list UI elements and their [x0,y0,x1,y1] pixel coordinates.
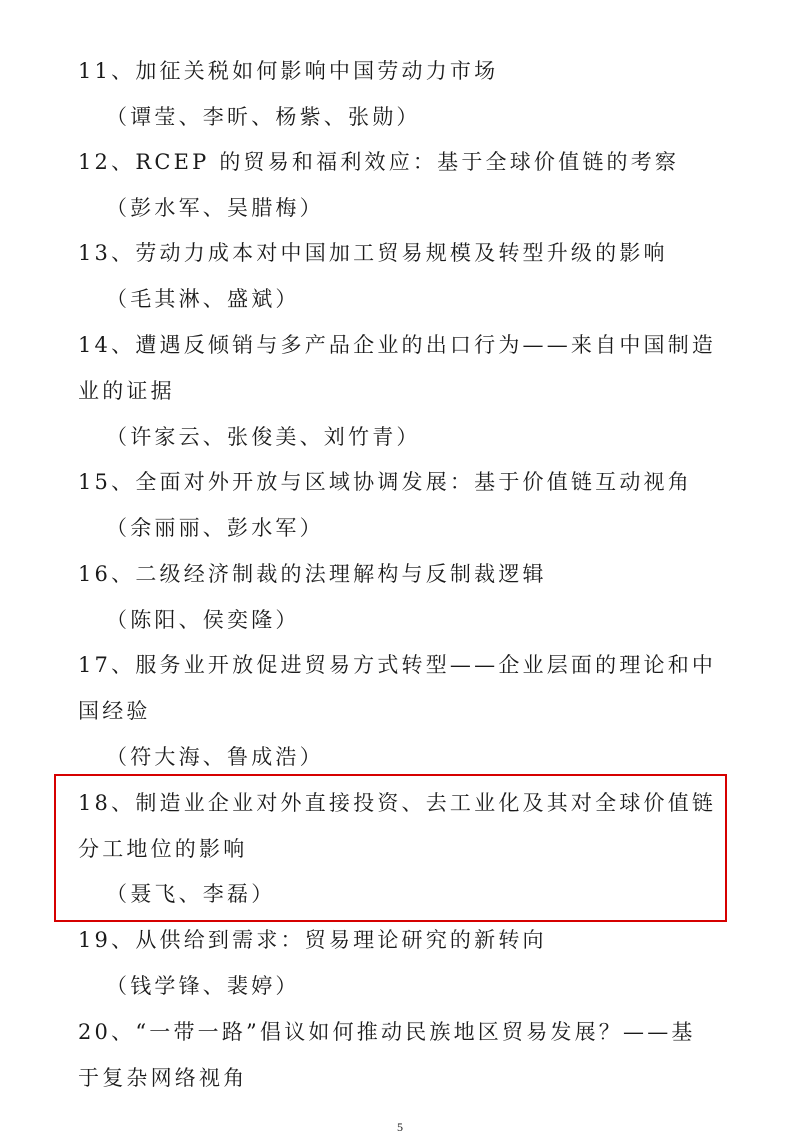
entry-18-title-line2: 分工地位的影响 [78,834,247,864]
entry-12-authors: （彭水军、吴腊梅） [106,193,324,223]
entry-18-authors: （聂飞、李磊） [106,879,275,909]
entry-17-title-line2: 国经验 [78,696,151,726]
entry-15-authors: （余丽丽、彭水军） [106,513,324,543]
entry-16-title: 16、二级经济制裁的法理解构与反制裁逻辑 [78,559,547,589]
entry-15-title: 15、全面对外开放与区域协调发展：基于价值链互动视角 [78,467,692,497]
entry-14-title-line2: 业的证据 [78,376,175,406]
entry-17-title-line1: 17、服务业开放促进贸易方式转型——企业层面的理论和中 [78,650,716,680]
entry-20-title-line1: 20、“一带一路”倡议如何推动民族地区贸易发展？——基 [78,1017,696,1047]
entry-18-title-line1: 18、制造业企业对外直接投资、去工业化及其对全球价值链 [78,788,716,818]
entry-12-title: 12、RCEP 的贸易和福利效应：基于全球价值链的考察 [78,147,679,177]
entry-11-authors: （谭莹、李昕、杨紫、张勋） [106,102,421,132]
entry-11-title: 11、加征关税如何影响中国劳动力市场 [78,56,498,86]
entry-14-title-line1: 14、遭遇反倾销与多产品企业的出口行为——来自中国制造 [78,330,716,360]
entry-13-authors: （毛其淋、盛斌） [106,284,300,314]
page-number: 5 [0,1120,800,1134]
entry-19-title: 19、从供给到需求：贸易理论研究的新转向 [78,925,547,955]
entry-14-authors: （许家云、张俊美、刘竹青） [106,422,421,452]
entry-17-authors: （符大海、鲁成浩） [106,742,324,772]
document-page: 11、加征关税如何影响中国劳动力市场 （谭莹、李昕、杨紫、张勋） 12、RCEP… [0,0,800,1140]
entry-20-title-line2: 于复杂网络视角 [78,1063,247,1093]
entry-13-title: 13、劳动力成本对中国加工贸易规模及转型升级的影响 [78,238,668,268]
entry-19-authors: （钱学锋、裴婷） [106,971,300,1001]
entry-16-authors: （陈阳、侯奕隆） [106,605,300,635]
